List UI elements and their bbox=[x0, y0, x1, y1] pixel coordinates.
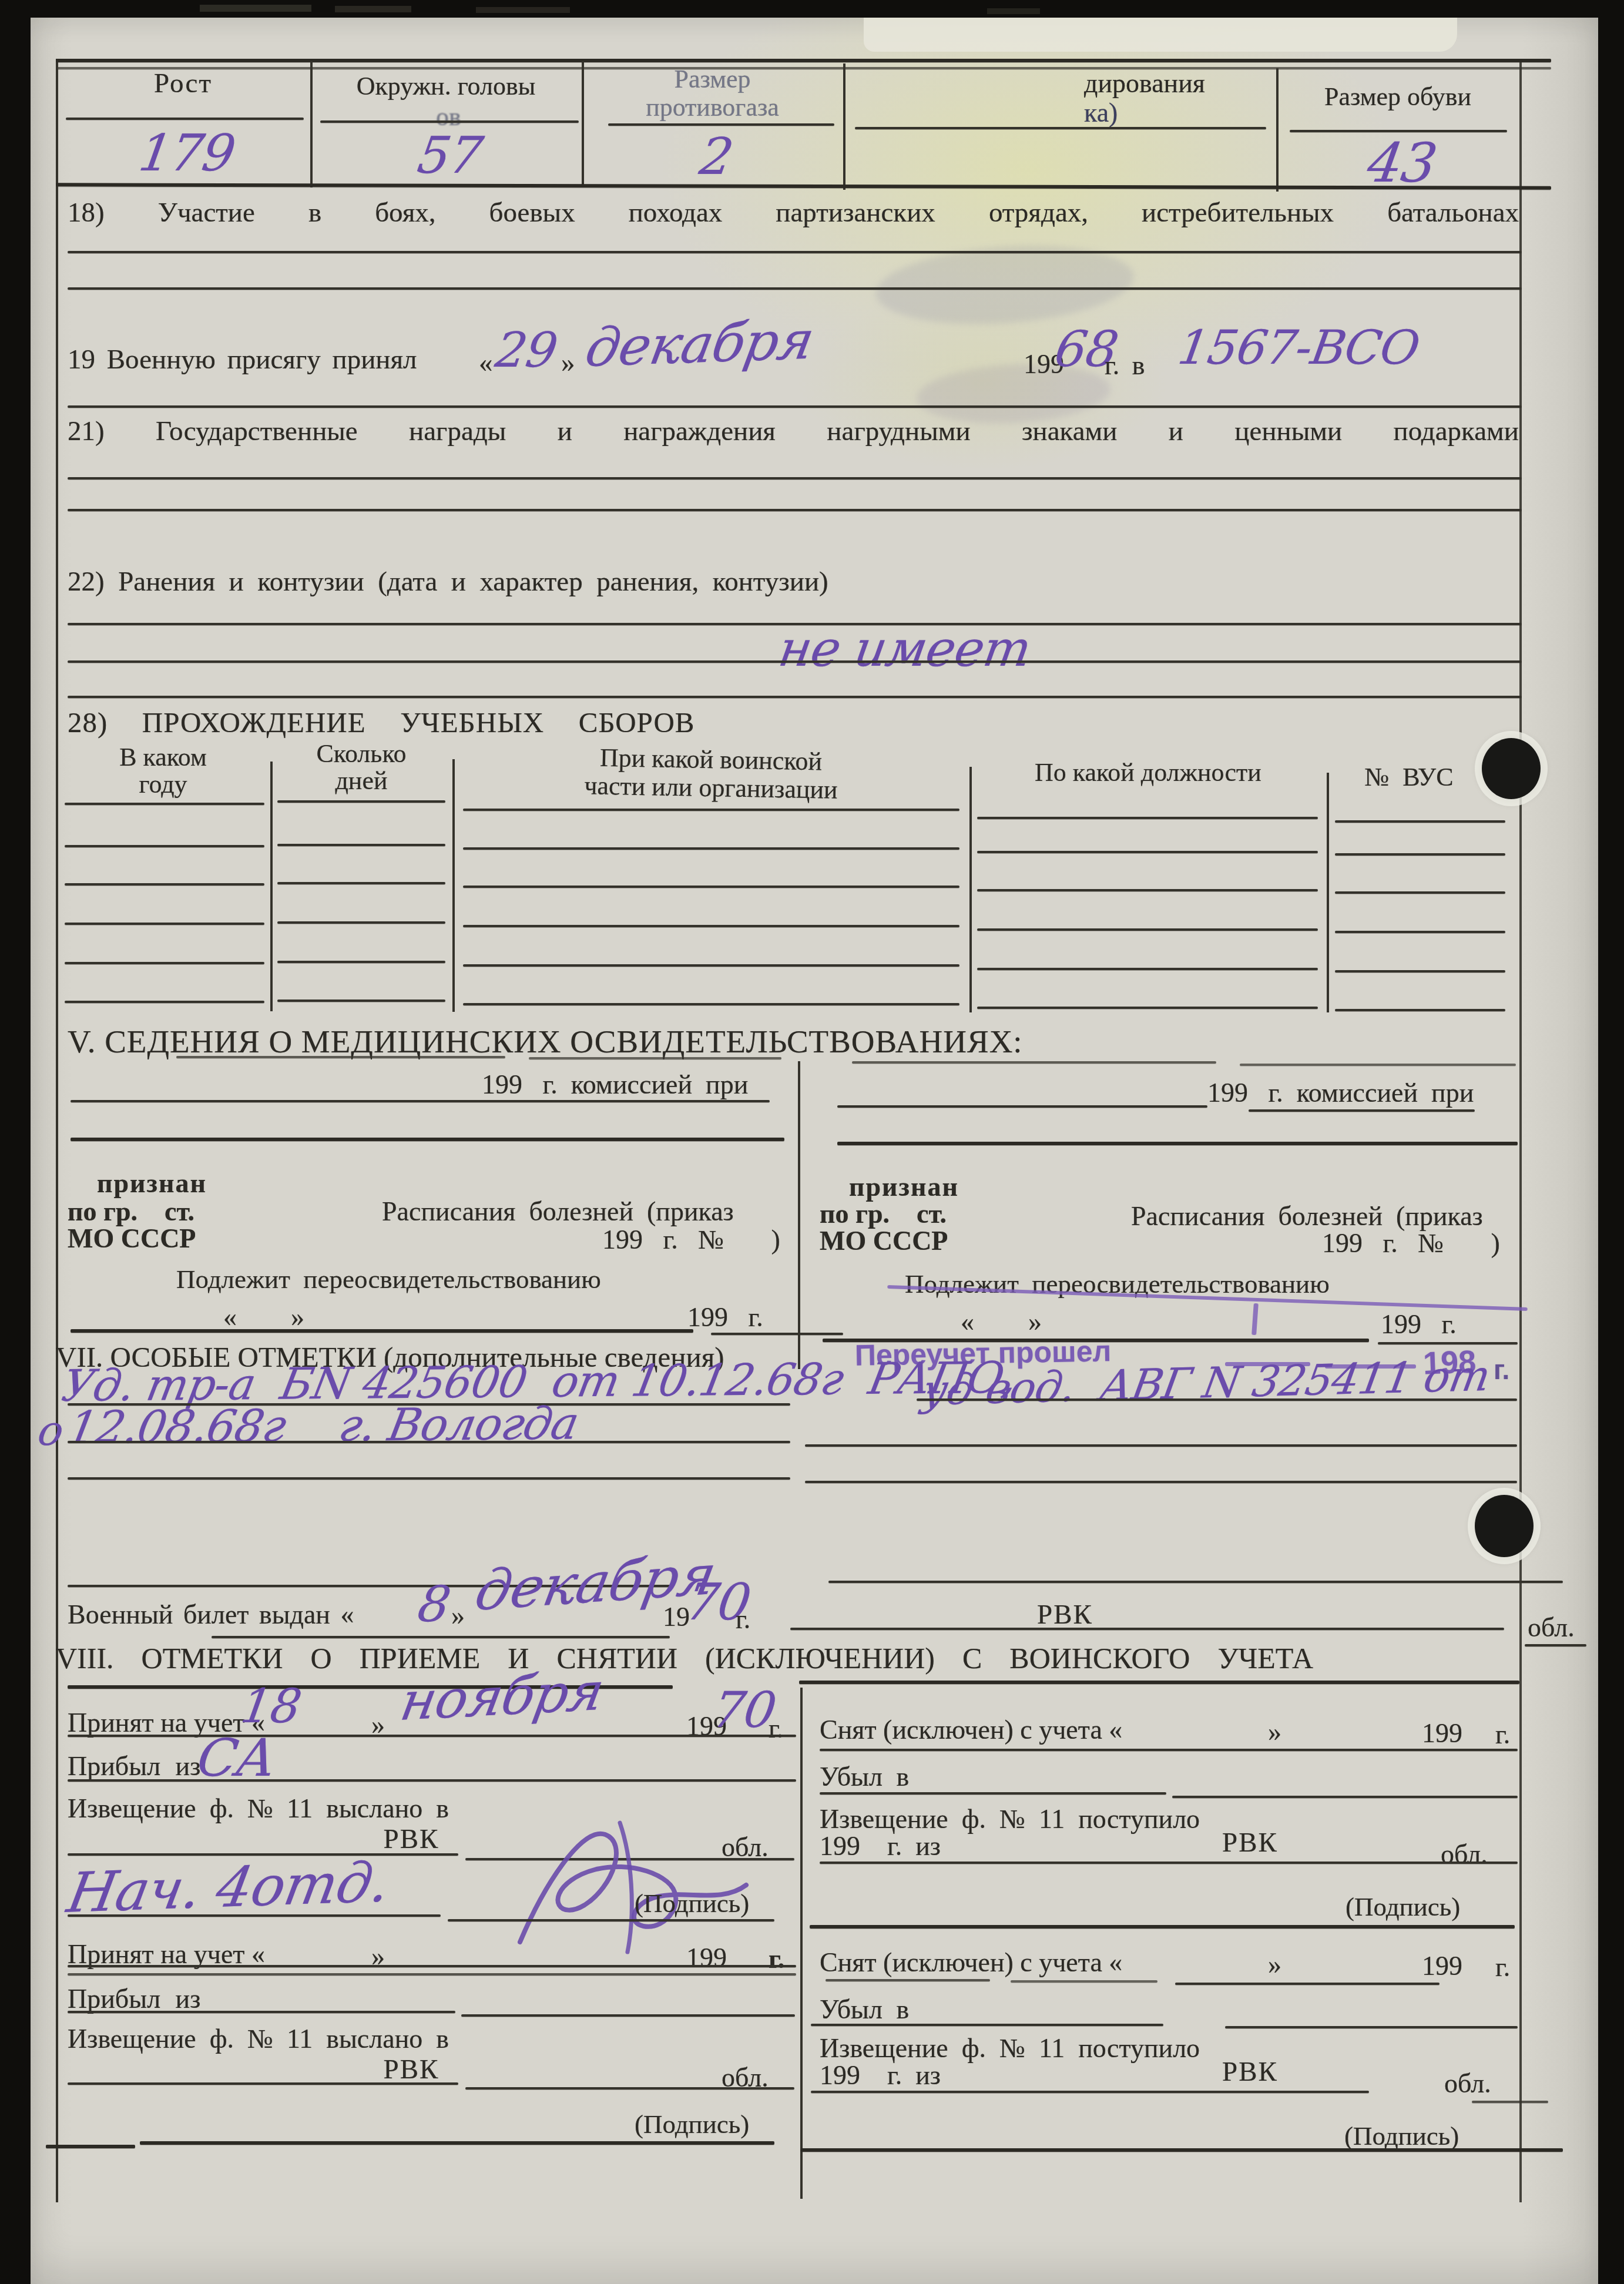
col-year-header: В каком bbox=[56, 744, 270, 771]
scanned-military-id-page: { "top_table": { "col1_label": "Рост", "… bbox=[0, 0, 1624, 2284]
year-printed: 199 bbox=[1422, 1952, 1462, 1980]
col-vus-header: № ВУС bbox=[1327, 764, 1491, 791]
col-days-header: Сколько bbox=[270, 740, 452, 767]
form-right-border bbox=[1519, 59, 1522, 2202]
issued-label: Военный билет выдан « bbox=[68, 1601, 354, 1629]
ubyl-label: Убыл в bbox=[820, 1763, 909, 1791]
rvk-label: РВК bbox=[353, 1825, 470, 1854]
mo-sssr-label: МО СССР bbox=[68, 1225, 196, 1253]
snyat-label: Снят (исключен) с учета « bbox=[820, 1716, 1122, 1744]
paper-torn-edge bbox=[864, 18, 1457, 52]
ubyl-label: Убыл в bbox=[820, 1995, 909, 2024]
gasmask-size-value: 2 bbox=[582, 132, 851, 182]
obl-label: обл. bbox=[1441, 1840, 1488, 1869]
section-28-title: 28) ПРОХОЖДЕНИЕ УЧЕБНЫХ СБОРОВ bbox=[68, 707, 695, 737]
raspisaniya-label: Расписания болезней (приказ bbox=[1131, 1202, 1483, 1230]
priznan-label: признан bbox=[97, 1169, 207, 1198]
scan-artifact bbox=[987, 8, 1040, 14]
oath-unit-value: 1567-ВСО bbox=[1175, 324, 1422, 371]
raspisaniya-label: Расписания болезней (приказ bbox=[382, 1198, 734, 1226]
year-label: 199 г. bbox=[1381, 1310, 1457, 1339]
section-viii-title: VIII. ОТМЕТКИ О ПРИЕМЕ И СНЯТИИ (ИСКЛЮЧЕ… bbox=[56, 1643, 1313, 1674]
podlezhit-label: Подлежит переосвидетельствованию bbox=[176, 1266, 601, 1293]
raspisaniya-year-label: 199 г. № ) bbox=[1322, 1229, 1500, 1257]
g-label: г. bbox=[1495, 1953, 1510, 1981]
height-value: 179 bbox=[56, 128, 318, 179]
close-quote: » bbox=[561, 349, 575, 378]
date-quotes: « » bbox=[961, 1308, 1042, 1336]
mo-sssr-label: МО СССР bbox=[820, 1227, 948, 1255]
pereuchet-stamp-g: г. bbox=[1494, 1354, 1509, 1386]
izveshchenie-label: Извещение ф. № 11 поступило bbox=[820, 2034, 1200, 2062]
obl-label: обл. bbox=[1528, 1614, 1575, 1642]
col-position-header: По какой должности bbox=[969, 759, 1327, 786]
form-left-border bbox=[56, 59, 58, 2202]
accepted-month-value: ноября bbox=[397, 1665, 608, 1729]
col-shoes-label: Размер обуви bbox=[1276, 83, 1519, 110]
medical-column-divider bbox=[798, 1061, 800, 1369]
shoe-size-value: 43 bbox=[1276, 136, 1528, 190]
scan-artifact bbox=[200, 5, 311, 12]
rvk-label: РВК bbox=[353, 2055, 470, 2084]
raspisaniya-year-label: 199 г. № ) bbox=[602, 1226, 780, 1254]
year-label: 199 г. bbox=[687, 1303, 763, 1332]
scan-artifact bbox=[476, 7, 570, 13]
section-v-title: V. СЕДЕНИЯ О МЕДИЦИНСКИХ ОСВИДЕТЕЛЬСТВОВ… bbox=[68, 1025, 1023, 1059]
pribyl-label: Прибыл из bbox=[68, 1752, 200, 1780]
podpis-label: (Подпись) bbox=[1344, 2122, 1459, 2150]
section-21-label: 21) Государственные награды и награждени… bbox=[68, 417, 1519, 446]
rvk-label: РВК bbox=[1222, 2058, 1278, 2087]
g-label: г. bbox=[736, 1605, 750, 1634]
commission-label: 199 г. комиссией при bbox=[1207, 1079, 1474, 1107]
position-note-value: Нач. 4отд. bbox=[63, 1855, 394, 1921]
col-uniform-label-fragment: ка) bbox=[1084, 99, 1118, 127]
obl-label: обл. bbox=[1444, 2070, 1491, 2098]
section-18-label: 18) Участие в боях, боевых походах парти… bbox=[68, 199, 1519, 227]
col-uniform-label-fragment: дирования bbox=[1084, 69, 1205, 98]
oath-month-value: декабря bbox=[582, 314, 817, 375]
commission-label: 199 г. комиссией при bbox=[482, 1071, 748, 1099]
podpis-label: (Подпись) bbox=[1345, 1893, 1460, 1921]
arrived-from-value: СА bbox=[194, 1732, 280, 1784]
izveshchenie-label: Извещение ф. № 11 поступило bbox=[820, 1805, 1200, 1833]
rvk-label: РВК bbox=[1037, 1601, 1093, 1629]
date-quotes: « » bbox=[223, 1303, 304, 1332]
registration-column-divider bbox=[800, 1688, 803, 2199]
scan-artifact bbox=[335, 6, 411, 12]
col-head-label: Окружн. головы bbox=[310, 73, 582, 100]
close-quote: » bbox=[451, 1602, 465, 1630]
priznan-label: признан bbox=[849, 1173, 959, 1201]
po-gr-st-label: по гр. ст. bbox=[820, 1200, 947, 1228]
col-gasmask-label: противогаза bbox=[582, 94, 843, 121]
g-label: г. bbox=[769, 1945, 784, 1973]
col-gasmask-label: Размер bbox=[582, 66, 843, 93]
col-year-header: году bbox=[56, 771, 270, 798]
close-quote: » bbox=[1268, 1718, 1281, 1746]
snyat-label: Снят (исключен) с учета « bbox=[820, 1948, 1122, 1977]
g-label: г. bbox=[1495, 1720, 1510, 1749]
iz199-label: 199 г. из bbox=[820, 2061, 941, 2090]
accepted-day-value: 18 bbox=[238, 1683, 304, 1730]
izveshchenie-label: Извещение ф. № 11 выслано в bbox=[68, 2025, 449, 2053]
g-label: г. bbox=[769, 1715, 783, 1743]
pribyl-label: Прибыл из bbox=[68, 1985, 200, 2013]
rvk-label: РВК bbox=[1222, 1829, 1278, 1857]
hole-punch bbox=[1482, 738, 1541, 799]
wounds-value: не имеет bbox=[776, 624, 1034, 673]
section-22-label: 22) Ранения и контузии (дата и характер … bbox=[68, 568, 828, 596]
col-rost-label: Рост bbox=[56, 69, 310, 98]
hole-punch bbox=[1475, 1495, 1534, 1557]
podpis-label: (Подпись) bbox=[635, 1890, 749, 1917]
po-gr-st-label: по гр. ст. bbox=[68, 1198, 194, 1226]
year-printed: 199 bbox=[1422, 1719, 1462, 1748]
iz199-label: 199 г. из bbox=[820, 1832, 941, 1860]
close-quote: » bbox=[1268, 1951, 1281, 1979]
year-printed: 199 bbox=[686, 1944, 727, 1972]
g-v-label: г. в bbox=[1105, 351, 1145, 380]
head-size-value: 57 bbox=[310, 130, 590, 181]
oath-label: 19 Военную присягу принял bbox=[68, 346, 417, 374]
podpis-label: (Подпись) bbox=[635, 2111, 749, 2138]
col-days-header: дней bbox=[270, 767, 452, 794]
signature-stroke bbox=[488, 1816, 764, 1960]
open-quote: « bbox=[479, 349, 493, 378]
izveshchenie-label: Извещение ф. № 11 выслано в bbox=[68, 1795, 449, 1823]
oath-day-value: 29 bbox=[492, 327, 560, 375]
